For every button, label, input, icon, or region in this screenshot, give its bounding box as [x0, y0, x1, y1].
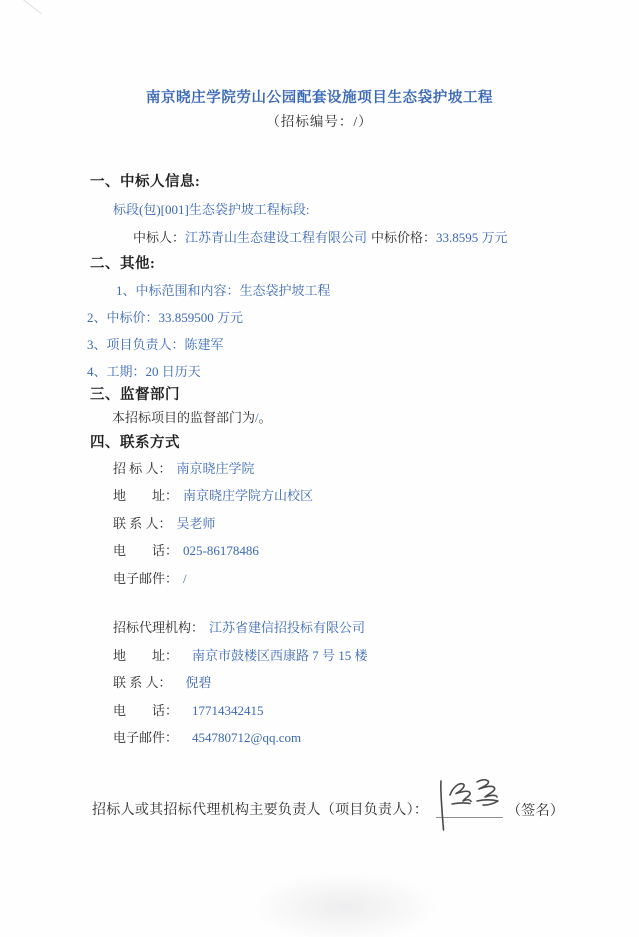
row-value: 江苏省建信招投标有限公司: [209, 620, 365, 635]
sign-name-suffix: （签名）: [507, 800, 564, 820]
row-value: 454780712@qq.com: [192, 730, 301, 745]
signature-line-label: 招标人或其招标代理机构主要负责人（项目负责人）：: [92, 799, 428, 819]
row-value: 南京晓庄学院方山校区: [183, 488, 313, 503]
row-label: 电 话：: [113, 543, 178, 558]
row-label: 电子邮件：: [113, 571, 178, 586]
tenderer-row-name: 招 标 人：南京晓庄学院: [113, 458, 255, 477]
winner-value: 江苏青山生态建设工程有限公司: [185, 230, 367, 245]
price-row: 中标价格：33.8595 万元: [371, 227, 508, 246]
row-value: 17714342415: [192, 703, 264, 718]
price-value: 33.8595 万元: [436, 230, 508, 245]
other-item-2: 2、中标价：33.859500 万元: [87, 307, 243, 326]
section2-heading: 二、其他:: [90, 252, 155, 273]
winner-row: 中标人：江苏青山生态建设工程有限公司: [133, 227, 367, 246]
row-value: 南京晓庄学院: [177, 461, 255, 476]
section3-heading: 三、监督部门: [90, 383, 180, 404]
row-value: /: [183, 571, 187, 586]
row-label: 电子邮件：: [113, 730, 178, 745]
section4-heading: 四、联系方式: [90, 431, 180, 452]
agency-row-phone: 电 话：17714342415: [113, 700, 264, 719]
tenderer-row-phone: 电 话：025-86178486: [113, 540, 259, 559]
scan-artifact-line: [22, 0, 42, 14]
supervision-suffix: 。: [259, 410, 272, 425]
other-item-1: 1、中标范围和内容：生态袋护坡工程: [116, 280, 331, 299]
lot-line: 标段(包)[001]生态袋护坡工程标段:: [113, 199, 309, 218]
row-value: 吴老师: [177, 516, 216, 531]
row-value: 025-86178486: [183, 543, 259, 558]
tenderer-row-email: 电子邮件：/: [113, 568, 187, 587]
row-value: 倪碧: [186, 675, 212, 690]
tenderer-row-contact: 联 系 人：吴老师: [113, 513, 216, 532]
agency-row-address: 地 址：南京市鼓楼区西康路 7 号 15 楼: [113, 645, 368, 664]
document-title: 南京晓庄学院劳山公园配套设施项目生态袋护坡工程: [0, 86, 639, 107]
handwritten-signature: [430, 774, 512, 838]
row-label: 地 址：: [113, 648, 178, 663]
document-page: 南京晓庄学院劳山公园配套设施项目生态袋护坡工程 （招标编号：/） 一、中标人信息…: [0, 0, 639, 937]
supervision-prefix: 本招标项目的监督部门为: [112, 410, 255, 425]
section1-heading: 一、中标人信息:: [90, 170, 200, 191]
scan-smudge: [250, 872, 440, 937]
supervision-line: 本招标项目的监督部门为/。: [112, 407, 272, 426]
row-value: 南京市鼓楼区西康路 7 号 15 楼: [192, 648, 368, 663]
other-item-4: 4、工期：20 日历天: [87, 361, 201, 380]
row-label: 联 系 人：: [113, 675, 172, 690]
agency-row-name: 招标代理机构：江苏省建信招投标有限公司: [113, 617, 365, 636]
row-label: 招 标 人：: [113, 461, 172, 476]
winner-label: 中标人：: [133, 230, 185, 245]
row-label: 招标代理机构：: [113, 620, 204, 635]
row-label: 联 系 人：: [113, 516, 172, 531]
price-label: 中标价格：: [371, 230, 436, 245]
agency-row-contact: 联 系 人：倪碧: [113, 672, 212, 691]
other-item-3: 3、项目负责人：陈建军: [87, 334, 224, 353]
tender-number-line: （招标编号：/）: [0, 110, 639, 130]
row-label: 地 址：: [113, 488, 178, 503]
agency-row-email: 电子邮件：454780712@qq.com: [113, 727, 301, 746]
row-label: 电 话：: [113, 703, 178, 718]
tenderer-row-address: 地 址：南京晓庄学院方山校区: [113, 485, 313, 504]
